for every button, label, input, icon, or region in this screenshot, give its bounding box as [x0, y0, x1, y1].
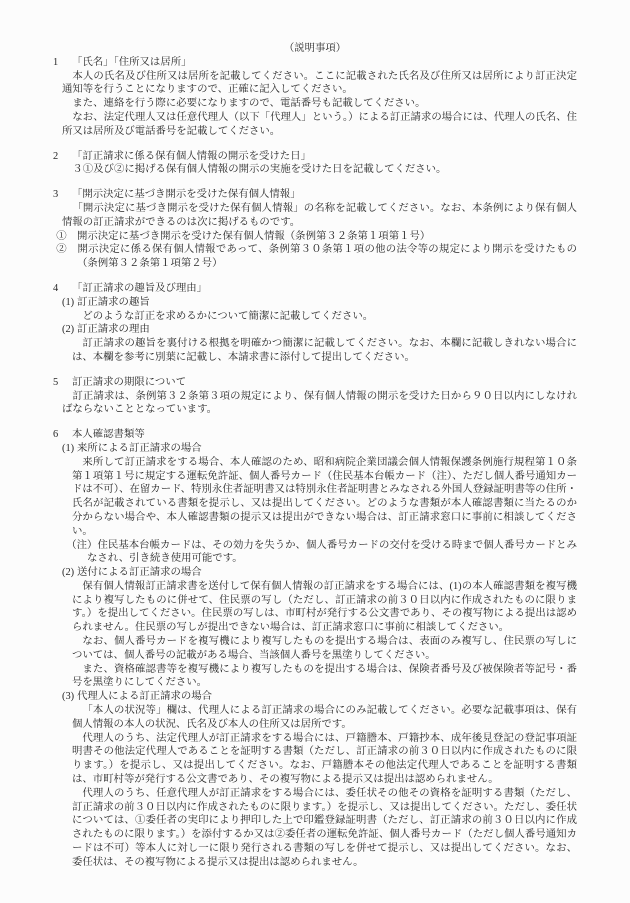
text-content: 保有個人情報訂正請求書を送付して保有個人情報の訂正請求をする場合には、(1)の本…	[72, 581, 577, 633]
text-content: 訂正請求の趣旨を裏付ける根拠を明確かつ簡潔に記載してください。なお、本欄に記載し…	[72, 338, 577, 363]
text-content: 訂正請求の理由	[77, 324, 150, 335]
text-content: 「開示決定に基づき開示を受けた保有個人情報」の名称を記載してください。なお、本条…	[62, 203, 577, 228]
paragraph: 保有個人情報訂正請求書を送付して保有個人情報の訂正請求をする場合には、(1)の本…	[72, 580, 577, 635]
section-heading: 2「訂正請求に係る保有個人情報の開示を受けた日」	[53, 150, 577, 164]
text-content: また、連絡を行う際に必要になりますので、電話番号も記載してください。	[72, 98, 425, 109]
item-marker: (3)	[62, 690, 77, 704]
paragraph: また、資格確認書等を複写機により複写したものを提出する場合は、保険者番号及び被保…	[72, 663, 577, 691]
section-number: 1	[53, 56, 72, 70]
paragraph: 代理人のうち、法定代理人が訂正請求をする場合には、戸籍謄本、戸籍抄本、成年後見登…	[72, 732, 577, 787]
item-marker: (2)	[62, 323, 77, 337]
text-content: 「氏名」「住所又は居所」	[72, 57, 192, 68]
text-content: また、資格確認書等を複写機により複写したものを提出する場合は、保険者番号及び被保…	[72, 664, 577, 689]
section-number: 4	[53, 282, 72, 296]
text-content: 来所して訂正請求をする場合、本人確認のため、昭和病院企業団議会個人情報保護条例施…	[72, 457, 577, 537]
sub-section-heading: (1)訂正請求の趣旨	[62, 296, 577, 310]
sub-section-heading: (2)送付による訂正請求の場合	[62, 566, 577, 580]
text-content: 「本人の状況等」欄は、代理人による訂正請求の場合にのみ記載してください。必要な記…	[72, 705, 577, 730]
text-content: 来所による訂正請求の場合	[77, 443, 202, 454]
paragraph: 本人の氏名及び住所又は居所を記載してください。ここに記載された氏名及び住所又は居…	[62, 70, 577, 98]
item-marker: (1)	[62, 442, 77, 456]
paragraph: 訂正請求の趣旨を裏付ける根拠を明確かつ簡潔に記載してください。なお、本欄に記載し…	[72, 337, 577, 365]
sub-section-heading: (3)代理人による訂正請求の場合	[62, 690, 577, 704]
section-heading: 6本人確認書類等	[53, 428, 577, 442]
text-content: （注）住民基本台帳カードは、その効力を失うか、個人番号カードの交付を受ける時まで…	[66, 540, 577, 565]
paragraph: 「本人の状況等」欄は、代理人による訂正請求の場合にのみ記載してください。必要な記…	[72, 704, 577, 732]
paragraph: 来所して訂正請求をする場合、本人確認のため、昭和病院企業団議会個人情報保護条例施…	[72, 456, 577, 539]
paragraph: ３①及び②に掲げる保有個人情報の開示の実施を受けた日を記載してください。	[62, 163, 577, 177]
paragraph: 訂正請求は、条例第３２条第３項の規定により、保有個人情報の開示を受けた日から９０…	[62, 390, 577, 418]
text-content: 訂正請求の期限について	[72, 377, 186, 388]
item-marker: (1)	[62, 296, 77, 310]
item-marker: (2)	[62, 566, 77, 580]
text-content: 本人の氏名及び住所又は居所を記載してください。ここに記載された氏名及び住所又は居…	[62, 71, 577, 96]
text-content: 代理人のうち、任意代理人が訂正請求をする場合には、委任状その他その資格を証明する…	[72, 788, 577, 868]
text-content: ② 開示決定に係る保有個人情報であって、条例第３０条第１項の他の法令等の規定によ…	[56, 244, 577, 269]
numbered-item: ② 開示決定に係る保有個人情報であって、条例第３０条第１項の他の法令等の規定によ…	[77, 243, 577, 271]
note: （注）住民基本台帳カードは、その効力を失うか、個人番号カードの交付を受ける時まで…	[87, 539, 577, 567]
text-content: なお、法定代理人又は任意代理人（以下「代理人」という。）による訂正請求の場合には…	[62, 112, 577, 137]
paragraph: なお、法定代理人又は任意代理人（以下「代理人」という。）による訂正請求の場合には…	[62, 111, 577, 139]
paragraph: どのような訂正を求めるかについて簡潔に記載してください。	[72, 310, 577, 324]
paragraph: なお、個人番号カードを複写機により複写したものを提出する場合は、表面のみ複写し、…	[72, 635, 577, 663]
text-content: 送付による訂正請求の場合	[77, 567, 202, 578]
text-content: なお、個人番号カードを複写機により複写したものを提出する場合は、表面のみ複写し、…	[72, 636, 577, 661]
section-number: 5	[53, 376, 72, 390]
text-content: （説明事項）	[284, 43, 346, 54]
text-content: どのような訂正を求めるかについて簡潔に記載してください。	[82, 311, 373, 322]
section-heading: 4「訂正請求の趣旨及び理由」	[53, 282, 577, 296]
paragraph: また、連絡を行う際に必要になりますので、電話番号も記載してください。	[62, 97, 577, 111]
text-content: 本人確認書類等	[72, 429, 145, 440]
text-content: ３①及び②に掲げる保有個人情報の開示の実施を受けた日を記載してください。	[72, 164, 446, 175]
text-content: 訂正請求の趣旨	[77, 297, 150, 308]
section-heading: 3「開示決定に基づき開示を受けた保有個人情報」	[53, 188, 577, 202]
text-content: 「開示決定に基づき開示を受けた保有個人情報」	[72, 189, 301, 200]
section-heading: 5訂正請求の期限について	[53, 376, 577, 390]
document-title: （説明事項）	[53, 42, 577, 56]
text-content: 訂正請求は、条例第３２条第３項の規定により、保有個人情報の開示を受けた日から９０…	[62, 391, 577, 416]
paragraph: 「開示決定に基づき開示を受けた保有個人情報」の名称を記載してください。なお、本条…	[62, 202, 577, 230]
numbered-item: ① 開示決定に基づき開示を受けた保有個人情報（条例第３２条第１項第１号）	[77, 230, 577, 244]
text-content: 代理人のうち、法定代理人が訂正請求をする場合には、戸籍謄本、戸籍抄本、成年後見登…	[72, 733, 577, 785]
paragraph: 代理人のうち、任意代理人が訂正請求をする場合には、委任状その他その資格を証明する…	[72, 787, 577, 870]
text-content: 「訂正請求の趣旨及び理由」	[72, 283, 207, 294]
section-number: 3	[53, 188, 72, 202]
text-content: 代理人による訂正請求の場合	[77, 691, 212, 702]
text-content: 「訂正請求に係る保有個人情報の開示を受けた日」	[72, 151, 311, 162]
section-number: 6	[53, 428, 72, 442]
text-content: ① 開示決定に基づき開示を受けた保有個人情報（条例第３２条第１項第１号）	[56, 231, 430, 242]
section-heading: 1「氏名」「住所又は居所」	[53, 56, 577, 70]
sub-section-heading: (2)訂正請求の理由	[62, 323, 577, 337]
sub-section-heading: (1)来所による訂正請求の場合	[62, 442, 577, 456]
document-page: （説明事項）1「氏名」「住所又は居所」本人の氏名及び住所又は居所を記載してくださ…	[0, 0, 630, 903]
section-number: 2	[53, 150, 72, 164]
